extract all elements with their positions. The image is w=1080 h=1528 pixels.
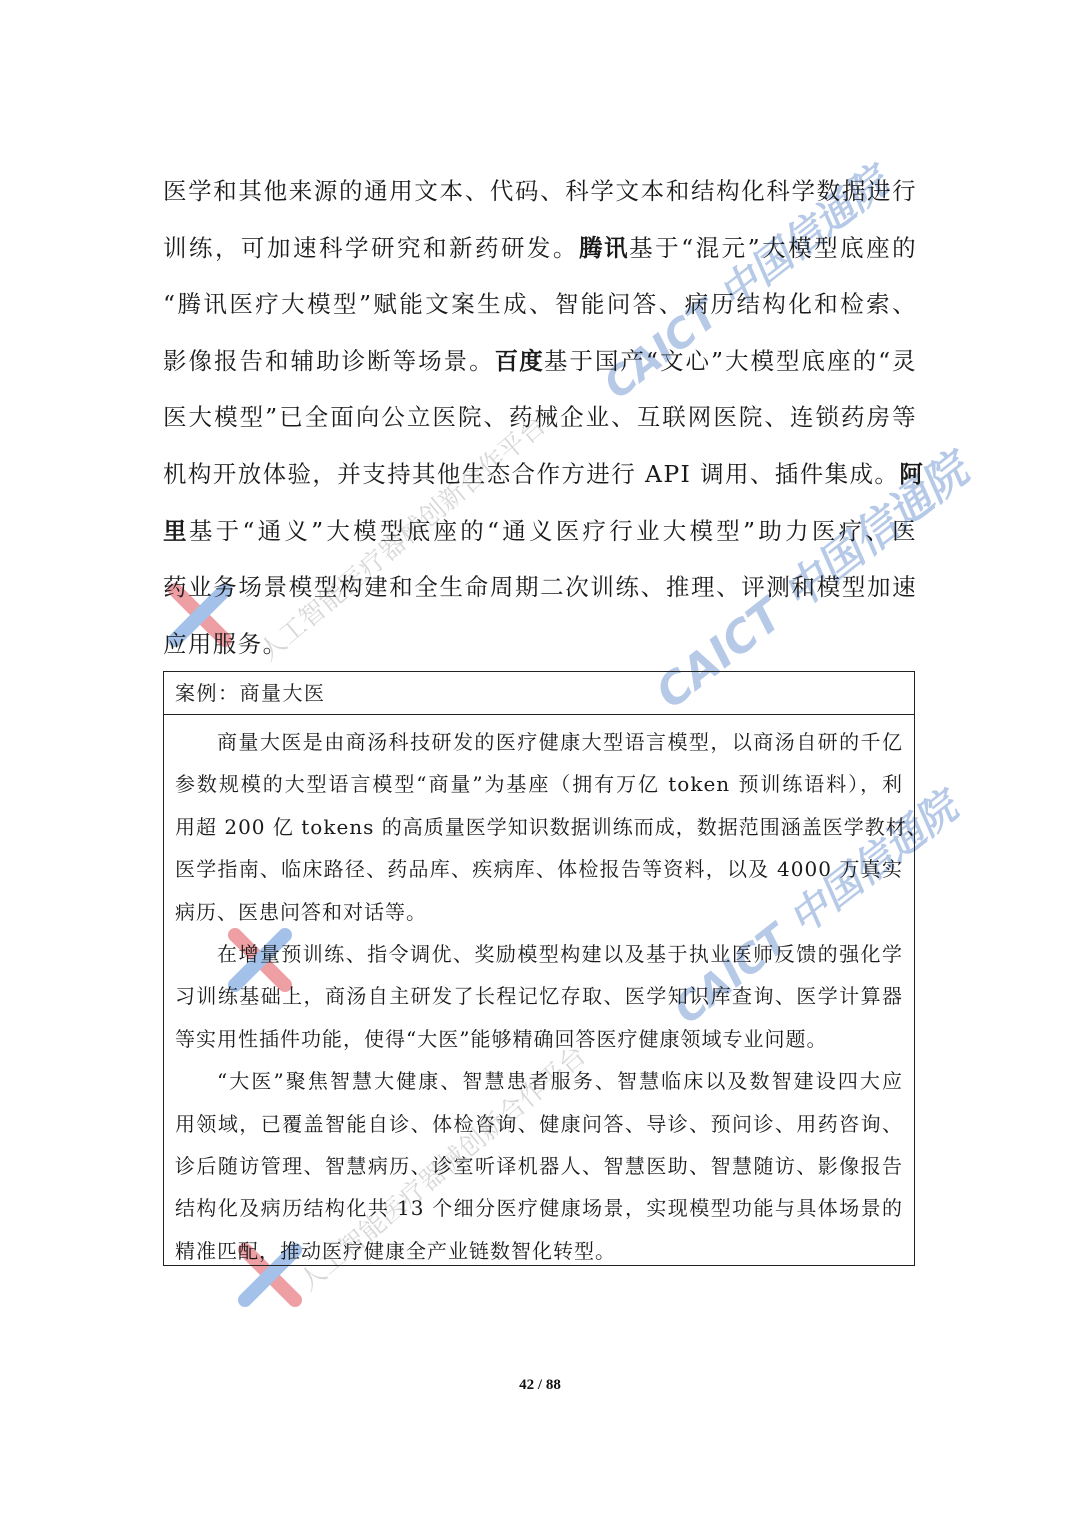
text-segment: 医大模型”已全面向公立医院、药械企业、互联网医院、连锁药房等: [163, 403, 917, 431]
text-segment: 基于“通义”大模型底座的“通义医疗行业大模型”助力医疗、医: [189, 517, 917, 545]
paragraph-line: 医大模型”已全面向公立医院、药械企业、互联网医院、连锁药房等: [163, 389, 917, 446]
case-study-line: 精准匹配，推动医疗健康全产业链数智化转型。: [175, 1230, 903, 1272]
company-name: 腾讯: [579, 234, 629, 262]
case-study-line: 在增量预训练、指令调优、奖励模型构建以及基于执业医师反馈的强化学: [175, 933, 903, 975]
paragraph-line: 医学和其他来源的通用文本、代码、科学文本和结构化科学数据进行: [163, 163, 917, 220]
case-study-line: 用领域，已覆盖智能自诊、体检咨询、健康问答、导诊、预问诊、用药咨询、: [175, 1103, 903, 1145]
case-study-line: 用超 200 亿 tokens 的高质量医学知识数据训练而成，数据范围涵盖医学教…: [175, 806, 903, 848]
paragraph-line: 药业务场景模型构建和全生命周期二次训练、推理、评测和模型加速: [163, 559, 917, 616]
company-name: 里: [163, 517, 189, 545]
paragraph-line: 影像报告和辅助诊断等场景。百度基于国产“文心”大模型底座的“灵: [163, 333, 917, 390]
case-study-title: 案例：商量大医: [164, 672, 914, 715]
paragraph-line: 机构开放体验，并支持其他生态合作方进行 API 调用、插件集成。阿: [163, 446, 917, 503]
case-study-line: 参数规模的大型语言模型“商量”为基座（拥有万亿 token 预训练语料），利: [175, 763, 903, 805]
page-number: 42 / 88: [0, 1377, 1080, 1394]
text-segment: 机构开放体验，并支持其他生态合作方进行 API 调用、插件集成。: [163, 460, 899, 488]
text-segment: 基于“混元”大模型底座的: [629, 234, 917, 262]
case-study-line: “大医”聚焦智慧大健康、智慧患者服务、智慧临床以及数智建设四大应: [175, 1060, 903, 1102]
paragraph-line: 训练，可加速科学研究和新药研发。腾讯基于“混元”大模型底座的: [163, 220, 917, 277]
case-study-box: 案例：商量大医 商量大医是由商汤科技研发的医疗健康大型语言模型，以商汤自研的千亿…: [163, 671, 915, 1266]
text-segment: 应用服务。: [163, 630, 288, 658]
document-page: CAICT 中国信通院 CAICT 中国信通院 CAICT 中国信通院 人工智能…: [0, 0, 1080, 1528]
case-study-line: 等实用性插件功能，使得“大医”能够精确回答医疗健康领域专业问题。: [175, 1018, 903, 1060]
text-segment: “腾讯医疗大模型”赋能文案生成、智能问答、病历结构化和检索、: [163, 290, 917, 318]
text-segment: 训练，可加速科学研究和新药研发。: [163, 234, 579, 262]
text-segment: 医学和其他来源的通用文本、代码、科学文本和结构化科学数据进行: [163, 177, 917, 205]
case-study-content: 商量大医是由商汤科技研发的医疗健康大型语言模型，以商汤自研的千亿参数规模的大型语…: [164, 715, 914, 1272]
text-segment: 基于国产“文心”大模型底座的“灵: [544, 347, 917, 375]
body-paragraph: 医学和其他来源的通用文本、代码、科学文本和结构化科学数据进行训练，可加速科学研究…: [163, 163, 917, 672]
case-study-line: 诊后随访管理、智慧病历、诊室听译机器人、智慧医助、智慧随访、影像报告: [175, 1145, 903, 1187]
text-segment: 影像报告和辅助诊断等场景。: [163, 347, 495, 375]
company-name: 百度: [495, 347, 544, 375]
company-name: 阿: [899, 460, 923, 488]
case-study-line: 结构化及病历结构化共 13 个细分医疗健康场景，实现模型功能与具体场景的: [175, 1187, 903, 1229]
paragraph-line: 应用服务。: [163, 616, 917, 673]
case-study-line: 医学指南、临床路径、药品库、疾病库、体检报告等资料，以及 4000 万真实: [175, 848, 903, 890]
text-segment: 药业务场景模型构建和全生命周期二次训练、推理、评测和模型加速: [163, 573, 917, 601]
case-study-line: 习训练基础上，商汤自主研发了长程记忆存取、医学知识库查询、医学计算器: [175, 975, 903, 1017]
paragraph-line: 里基于“通义”大模型底座的“通义医疗行业大模型”助力医疗、医: [163, 503, 917, 560]
case-study-line: 商量大医是由商汤科技研发的医疗健康大型语言模型，以商汤自研的千亿: [175, 721, 903, 763]
paragraph-line: “腾讯医疗大模型”赋能文案生成、智能问答、病历结构化和检索、: [163, 276, 917, 333]
case-study-line: 病历、医患问答和对话等。: [175, 891, 903, 933]
